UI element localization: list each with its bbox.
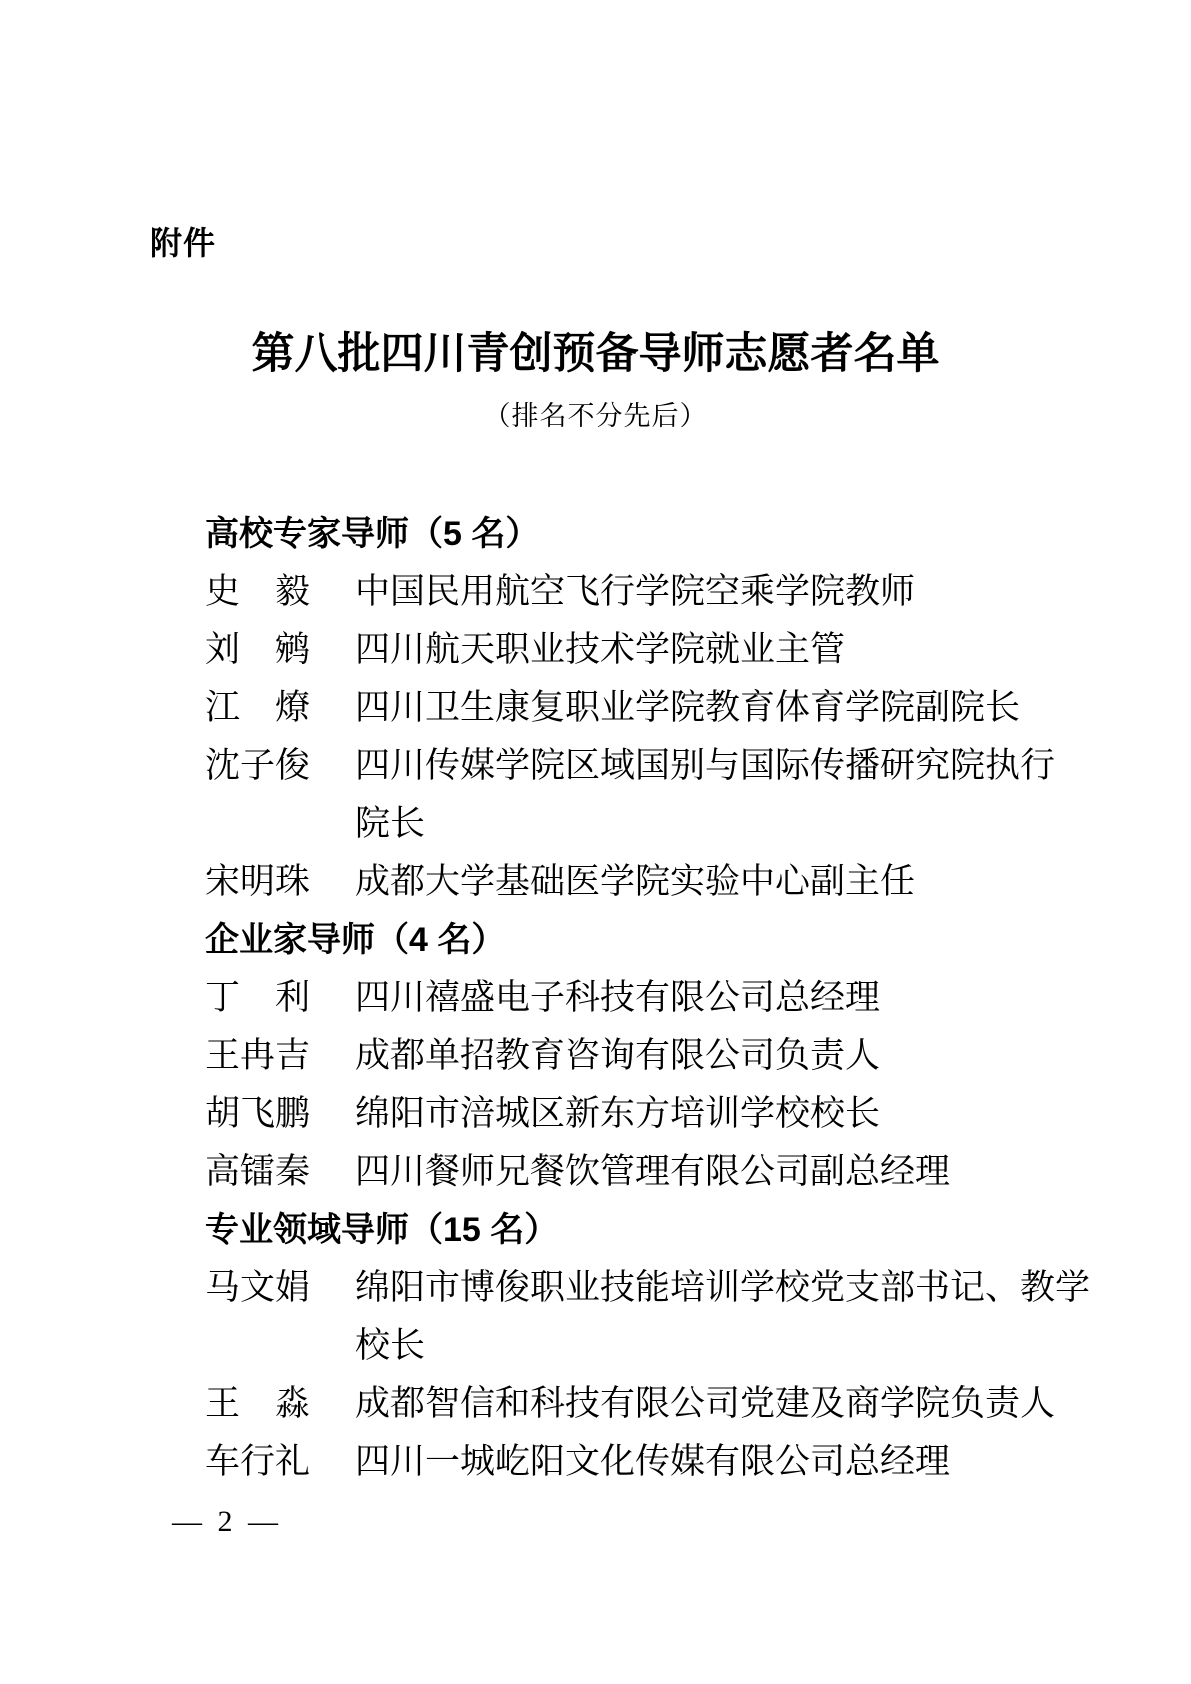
list-item: 宋明珠 成都大学基础医学院实验中心副主任	[205, 853, 1105, 911]
entry-name: 宋明珠	[205, 853, 355, 911]
page-number: — 2 —	[172, 1505, 282, 1539]
document-subtitle: （排名不分先后）	[0, 394, 1191, 433]
list-item: 王 淼 成都智信和科技有限公司党建及商学院负责人	[205, 1375, 1105, 1433]
entry-description: 四川禧盛电子科技有限公司总经理	[355, 969, 1105, 1027]
entry-name: 车行礼	[205, 1433, 355, 1491]
entry-name: 刘 鹓	[205, 621, 355, 679]
list-item: 丁 利 四川禧盛电子科技有限公司总经理	[205, 969, 1105, 1027]
entry-description-line: 校长	[355, 1317, 1105, 1375]
entry-description-line: 成都智信和科技有限公司党建及商学院负责人	[355, 1375, 1105, 1433]
section-heading-entrepreneurs: 企业家导师（4 名）	[205, 911, 1105, 969]
entry-description: 成都智信和科技有限公司党建及商学院负责人	[355, 1375, 1105, 1433]
section-heading-university-experts: 高校专家导师（5 名）	[205, 505, 1105, 563]
entry-description-line: 四川禧盛电子科技有限公司总经理	[355, 969, 1105, 1027]
entry-description: 成都单招教育咨询有限公司负责人	[355, 1027, 1105, 1085]
entry-description: 四川航天职业技术学院就业主管	[355, 621, 1105, 679]
document-page: 附件 第八批四川青创预备导师志愿者名单 （排名不分先后） 高校专家导师（5 名）…	[0, 0, 1191, 1684]
entry-description-line: 四川一城屹阳文化传媒有限公司总经理	[355, 1433, 1105, 1491]
section-heading-professional-fields: 专业领域导师（15 名）	[205, 1201, 1105, 1259]
entry-description: 成都大学基础医学院实验中心副主任	[355, 853, 1105, 911]
entry-description-line: 绵阳市涪城区新东方培训学校校长	[355, 1085, 1105, 1143]
list-item: 高镭秦 四川餐师兄餐饮管理有限公司副总经理	[205, 1143, 1105, 1201]
entry-description-line: 四川传媒学院区域国别与国际传播研究院执行	[355, 737, 1105, 795]
list-item: 胡飞鹏 绵阳市涪城区新东方培训学校校长	[205, 1085, 1105, 1143]
entry-description-line: 绵阳市博俊职业技能培训学校党支部书记、教学	[355, 1259, 1105, 1317]
list-item: 王冉吉 成都单招教育咨询有限公司负责人	[205, 1027, 1105, 1085]
entry-name: 江 燎	[205, 679, 355, 737]
list-item: 车行礼 四川一城屹阳文化传媒有限公司总经理	[205, 1433, 1105, 1491]
entry-name: 高镭秦	[205, 1143, 355, 1201]
mentor-list: 高校专家导师（5 名） 史 毅 中国民用航空飞行学院空乘学院教师 刘 鹓 四川航…	[205, 505, 1105, 1491]
list-item: 史 毅 中国民用航空飞行学院空乘学院教师	[205, 563, 1105, 621]
entry-description-line: 四川餐师兄餐饮管理有限公司副总经理	[355, 1143, 1105, 1201]
entry-description-line: 成都单招教育咨询有限公司负责人	[355, 1027, 1105, 1085]
list-item: 马文娟 绵阳市博俊职业技能培训学校党支部书记、教学 校长	[205, 1259, 1105, 1375]
entry-description: 中国民用航空飞行学院空乘学院教师	[355, 563, 1105, 621]
entry-description: 四川传媒学院区域国别与国际传播研究院执行 院长	[355, 737, 1105, 853]
entry-description: 四川一城屹阳文化传媒有限公司总经理	[355, 1433, 1105, 1491]
entry-name: 王冉吉	[205, 1027, 355, 1085]
document-title: 第八批四川青创预备导师志愿者名单	[0, 320, 1191, 381]
entry-description: 绵阳市涪城区新东方培训学校校长	[355, 1085, 1105, 1143]
entry-name: 丁 利	[205, 969, 355, 1027]
entry-description: 四川餐师兄餐饮管理有限公司副总经理	[355, 1143, 1105, 1201]
entry-description-line: 中国民用航空飞行学院空乘学院教师	[355, 563, 1105, 621]
entry-description-line: 成都大学基础医学院实验中心副主任	[355, 853, 1105, 911]
attachment-label: 附件	[150, 218, 216, 264]
list-item: 沈子俊 四川传媒学院区域国别与国际传播研究院执行 院长	[205, 737, 1105, 853]
entry-name: 史 毅	[205, 563, 355, 621]
entry-description-line: 院长	[355, 795, 1105, 853]
entry-name: 沈子俊	[205, 737, 355, 795]
entry-name: 胡飞鹏	[205, 1085, 355, 1143]
entry-description: 绵阳市博俊职业技能培训学校党支部书记、教学 校长	[355, 1259, 1105, 1375]
entry-description: 四川卫生康复职业学院教育体育学院副院长	[355, 679, 1105, 737]
entry-description-line: 四川航天职业技术学院就业主管	[355, 621, 1105, 679]
list-item: 刘 鹓 四川航天职业技术学院就业主管	[205, 621, 1105, 679]
entry-name: 王 淼	[205, 1375, 355, 1433]
list-item: 江 燎 四川卫生康复职业学院教育体育学院副院长	[205, 679, 1105, 737]
entry-description-line: 四川卫生康复职业学院教育体育学院副院长	[355, 679, 1105, 737]
entry-name: 马文娟	[205, 1259, 355, 1317]
